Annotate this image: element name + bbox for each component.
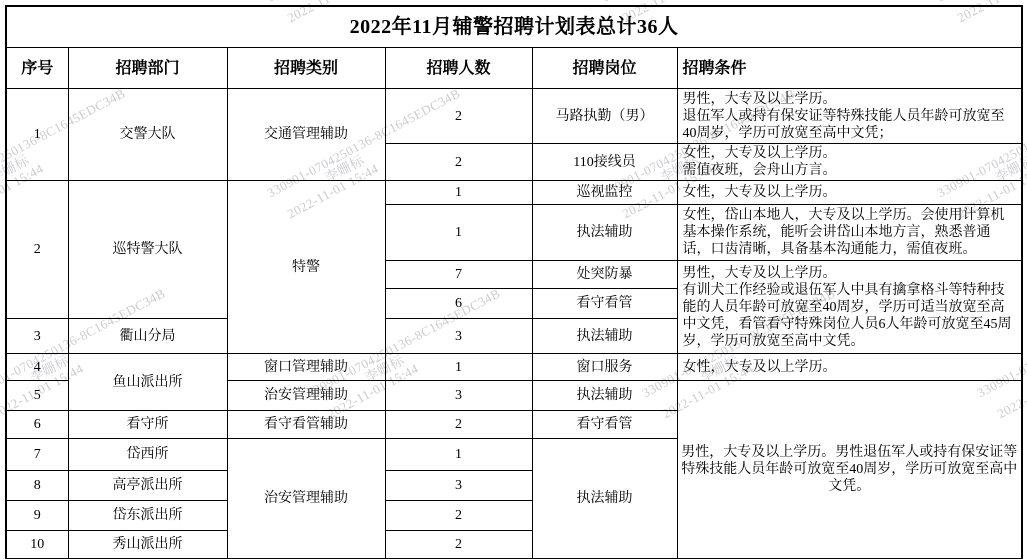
recruitment-table: 2022年11月辅警招聘计划表总计36人 序号 招聘部门 招聘类别 招聘人数 招… xyxy=(5,5,1023,559)
recruitment-table-sheet: 2022年11月辅警招聘计划表总计36人 序号 招聘部门 招聘类别 招聘人数 招… xyxy=(5,5,1023,559)
header-conditions: 招聘条件 xyxy=(677,48,1022,89)
table-body: 1交警大队交通管理辅助2马路执勤（男）男性，大专及以上学历。 退伍军人或持有保安… xyxy=(6,89,1022,559)
header-position: 招聘岗位 xyxy=(532,48,677,89)
cell-headcount: 2 xyxy=(385,501,532,531)
cell-seq: 10 xyxy=(6,531,68,559)
cell-seq: 5 xyxy=(6,381,68,411)
cell-position: 看守看管 xyxy=(532,289,677,319)
cell-headcount: 2 xyxy=(385,411,532,439)
table-row: 2巡特警大队特警1巡视监控女性，大专及以上学历。 xyxy=(6,181,1022,205)
cell-category: 交通管理辅助 xyxy=(227,89,385,181)
cell-headcount: 2 xyxy=(385,89,532,144)
cell-category: 治安管理辅助 xyxy=(227,439,385,559)
cell-conditions: 男性，大专及以上学历。男性退伍军人或持有保安证等特殊技能人员年龄可放宽至40周岁… xyxy=(677,381,1022,559)
cell-department: 交警大队 xyxy=(68,89,227,181)
cell-seq: 2 xyxy=(6,181,68,319)
cell-seq: 7 xyxy=(6,439,68,471)
cell-position: 执法辅助 xyxy=(532,319,677,354)
cell-seq: 8 xyxy=(6,471,68,501)
cell-department: 鱼山派出所 xyxy=(68,354,227,411)
cell-position: 巡视监控 xyxy=(532,181,677,205)
cell-headcount: 1 xyxy=(385,205,532,261)
table-title: 2022年11月辅警招聘计划表总计36人 xyxy=(6,6,1022,48)
cell-category: 特警 xyxy=(227,181,385,354)
cell-position: 执法辅助 xyxy=(532,381,677,411)
cell-department: 秀山派出所 xyxy=(68,531,227,559)
cell-category: 治安管理辅助 xyxy=(227,381,385,411)
header-category: 招聘类别 xyxy=(227,48,385,89)
cell-department: 高亭派出所 xyxy=(68,471,227,501)
cell-department: 岱东派出所 xyxy=(68,501,227,531)
cell-position: 处突防暴 xyxy=(532,261,677,289)
cell-conditions: 男性，大专及以上学历。 有训犬工作经验或退伍军人中具有擒拿格斗等特种技能的人员年… xyxy=(677,261,1022,354)
cell-department: 巡特警大队 xyxy=(68,181,227,319)
cell-conditions: 女性，大专及以上学历。 xyxy=(677,181,1022,205)
cell-conditions: 女性，大专及以上学历。 需值夜班，会舟山方言。 xyxy=(677,144,1022,181)
cell-headcount: 3 xyxy=(385,471,532,501)
cell-headcount: 2 xyxy=(385,144,532,181)
cell-seq: 9 xyxy=(6,501,68,531)
cell-position: 执法辅助 xyxy=(532,439,677,559)
cell-department: 看守所 xyxy=(68,411,227,439)
cell-headcount: 6 xyxy=(385,289,532,319)
cell-seq: 1 xyxy=(6,89,68,181)
cell-position: 110接线员 xyxy=(532,144,677,181)
table-row: 4鱼山派出所窗口管理辅助1窗口服务女性，大专及以上学历。 xyxy=(6,354,1022,381)
cell-seq: 3 xyxy=(6,319,68,354)
cell-position: 执法辅助 xyxy=(532,205,677,261)
cell-position: 窗口服务 xyxy=(532,354,677,381)
cell-headcount: 2 xyxy=(385,531,532,559)
header-headcount: 招聘人数 xyxy=(385,48,532,89)
cell-headcount: 1 xyxy=(385,181,532,205)
cell-headcount: 1 xyxy=(385,354,532,381)
header-seq: 序号 xyxy=(6,48,68,89)
cell-headcount: 3 xyxy=(385,319,532,354)
cell-category: 窗口管理辅助 xyxy=(227,354,385,381)
cell-conditions: 男性，大专及以上学历。 退伍军人或持有保安证等特殊技能人员年龄可放宽至40周岁，… xyxy=(677,89,1022,144)
table-header-row: 序号 招聘部门 招聘类别 招聘人数 招聘岗位 招聘条件 xyxy=(6,48,1022,89)
table-title-row: 2022年11月辅警招聘计划表总计36人 xyxy=(6,6,1022,48)
cell-department: 岱西所 xyxy=(68,439,227,471)
cell-seq: 6 xyxy=(6,411,68,439)
cell-headcount: 7 xyxy=(385,261,532,289)
cell-position: 马路执勤（男） xyxy=(532,89,677,144)
cell-category: 看守看管辅助 xyxy=(227,411,385,439)
cell-department: 衢山分局 xyxy=(68,319,227,354)
table-row: 1交警大队交通管理辅助2马路执勤（男）男性，大专及以上学历。 退伍军人或持有保安… xyxy=(6,89,1022,144)
cell-conditions: 女性，大专及以上学历。 xyxy=(677,354,1022,381)
cell-position: 看守看管 xyxy=(532,411,677,439)
cell-conditions: 女性，岱山本地人，大专及以上学历。会使用计算机基本操作系统，能听会讲岱山本地方言… xyxy=(677,205,1022,261)
header-department: 招聘部门 xyxy=(68,48,227,89)
cell-headcount: 1 xyxy=(385,439,532,471)
cell-seq: 4 xyxy=(6,354,68,381)
cell-headcount: 3 xyxy=(385,381,532,411)
